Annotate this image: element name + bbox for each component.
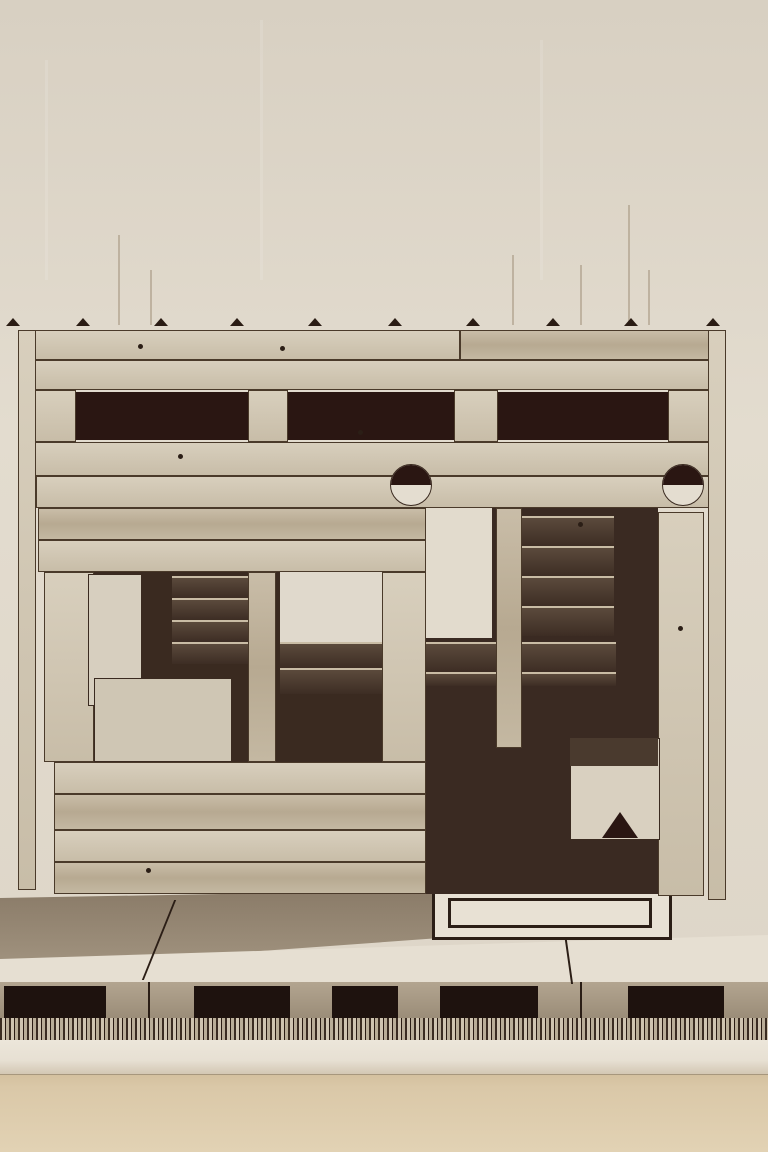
- window-frame: [44, 572, 94, 762]
- door-jamb: [658, 512, 704, 896]
- porthole-window: [390, 464, 432, 506]
- roof-board: [460, 330, 710, 360]
- roof-ridge: [388, 318, 402, 326]
- print-bottom-edge: [0, 1040, 768, 1075]
- nail: [358, 430, 363, 435]
- interior-shelf: [172, 620, 248, 642]
- porthole-window: [662, 464, 704, 506]
- roof-ridge: [308, 318, 322, 326]
- nail: [280, 346, 285, 351]
- weed: [150, 270, 152, 325]
- wall-board: [36, 476, 710, 508]
- upper-window: [76, 392, 248, 440]
- step-stool-notch: [602, 812, 638, 838]
- upper-window: [498, 392, 668, 440]
- paper-streak: [260, 20, 263, 280]
- weed: [628, 205, 630, 325]
- interior-wall-board: [518, 606, 614, 636]
- wall-board: [38, 508, 426, 540]
- wall-board: [54, 794, 426, 830]
- window-post: [454, 390, 498, 442]
- weed: [648, 270, 650, 325]
- interior-shelf: [172, 576, 248, 598]
- wall-board: [54, 762, 426, 794]
- corner-post: [708, 330, 726, 900]
- paper-streak: [45, 60, 48, 280]
- grass: [0, 1018, 768, 1040]
- interior-wall-board: [518, 546, 614, 576]
- wall-board: [32, 360, 712, 390]
- roof-ridge: [466, 318, 480, 326]
- upper-window: [288, 392, 454, 440]
- window-light-pane: [280, 572, 382, 642]
- nail: [678, 626, 683, 631]
- roof-board: [30, 330, 460, 360]
- weed: [580, 265, 582, 325]
- window-post: [248, 390, 288, 442]
- window-frame: [382, 572, 426, 762]
- roof-ridge: [706, 318, 720, 326]
- window-post: [34, 390, 76, 442]
- step-stool-top: [570, 738, 658, 766]
- interior-post: [496, 508, 522, 748]
- roof-ridge: [624, 318, 638, 326]
- wall-board: [34, 442, 710, 476]
- interior-shelf: [280, 668, 382, 694]
- weed: [118, 235, 120, 325]
- interior-shelf: [172, 642, 248, 664]
- door-mat-border: [448, 898, 652, 928]
- nail: [178, 454, 183, 459]
- wall-board: [38, 540, 426, 572]
- interior-post: [248, 572, 276, 762]
- doorway-light: [426, 508, 492, 638]
- interior-wall-board: [518, 576, 614, 606]
- nail: [146, 868, 151, 873]
- corner-post: [18, 330, 36, 890]
- wall-board: [54, 862, 426, 894]
- paper-streak: [540, 40, 543, 280]
- roof-ridge: [6, 318, 20, 326]
- interior-shelf: [280, 642, 382, 668]
- weed: [512, 255, 514, 325]
- window-post: [668, 390, 712, 442]
- interior-shelf: [172, 598, 248, 620]
- nail: [578, 522, 583, 527]
- roof-ridge: [76, 318, 90, 326]
- roof-ridge: [154, 318, 168, 326]
- roof-ridge: [230, 318, 244, 326]
- roof-ridge: [546, 318, 560, 326]
- interior-crate: [94, 678, 232, 762]
- wall-board: [54, 830, 426, 862]
- nail: [138, 344, 143, 349]
- interior-wall-board: [518, 516, 614, 546]
